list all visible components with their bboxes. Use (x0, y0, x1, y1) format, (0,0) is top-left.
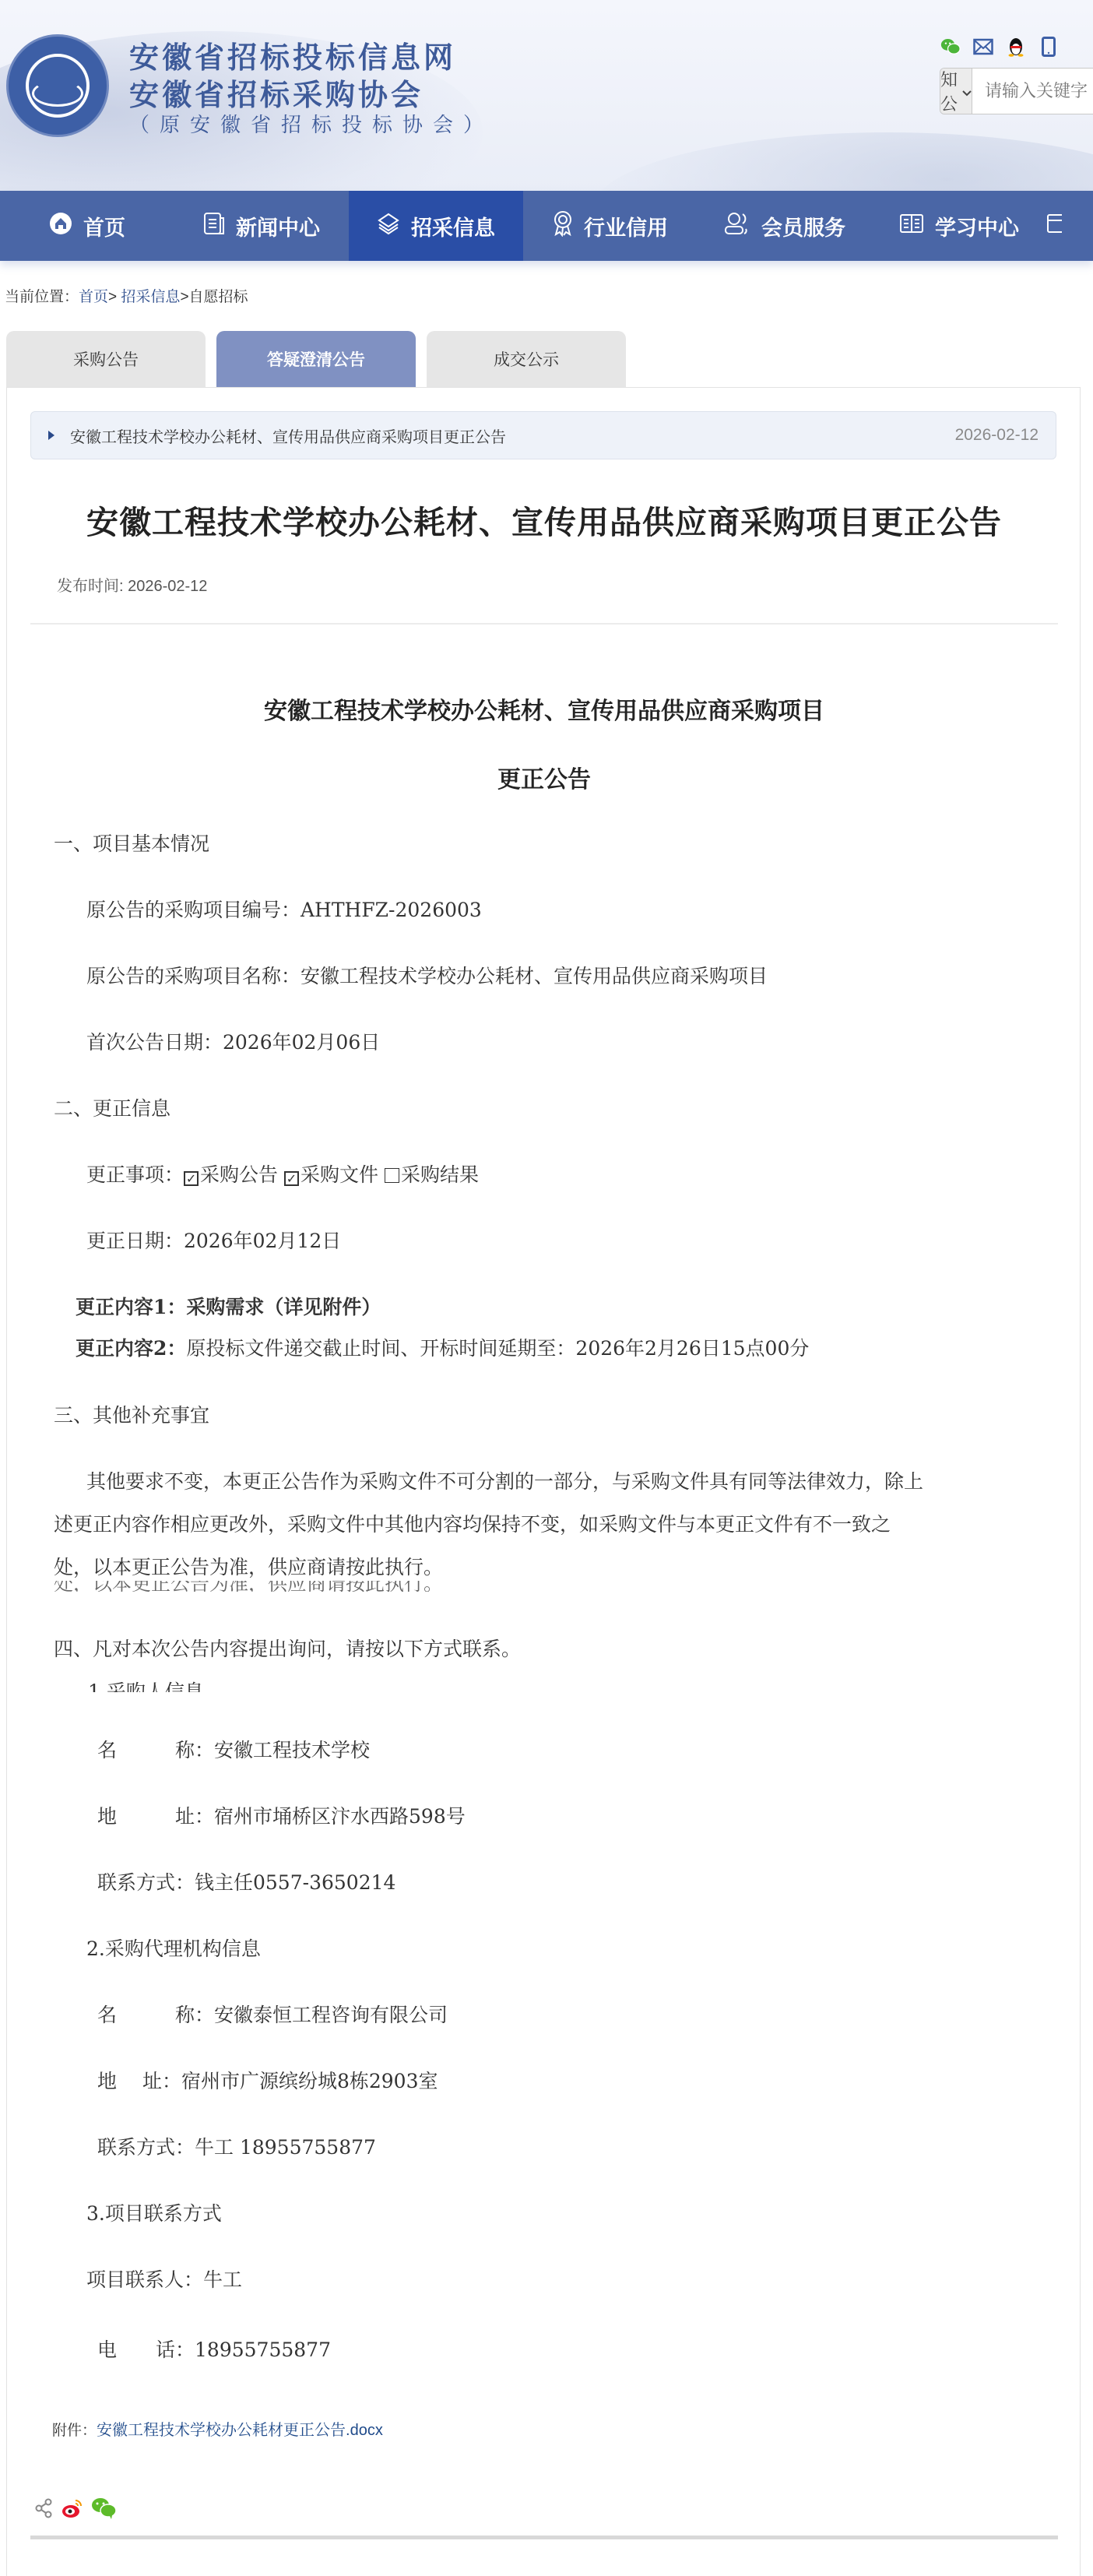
doc-title-line-2: 更正公告 (7, 760, 1081, 794)
checkbox-checked: ✓ (184, 1171, 199, 1186)
project-number: 原公告的采购项目编号：AHTHFZ-2026003 (86, 895, 482, 923)
logo-eye (32, 80, 83, 107)
section-1-heading: 一、项目基本情况 (54, 829, 209, 857)
calendar-icon (1046, 213, 1062, 240)
breadcrumb-sep: > (108, 289, 117, 305)
agency-name-value: 安徽泰恒工程咨询有限公司 (214, 2004, 448, 2026)
correction-content-2: 更正内容2：原投标文件递交截止时间、开标时间延期至：2026年2月26日15点0… (76, 1333, 809, 1361)
breadcrumb-home[interactable]: 首页 (79, 289, 108, 305)
breadcrumb: 当前位置：首页> 招采信息>自愿招标 (5, 285, 248, 306)
nav-label: 会员服务 (761, 211, 845, 241)
share-icon[interactable] (35, 2498, 54, 2522)
nav-label: 首页 (83, 211, 125, 241)
mobile-icon[interactable] (1039, 37, 1059, 57)
correction-content-1: 更正内容1：采购需求（详见附件） (76, 1292, 381, 1320)
purchaser-address-value: 宿州市埇桥区汴水西路598号 (214, 1805, 466, 1828)
nav-item-news[interactable]: 新闻中心 (174, 191, 349, 261)
weibo-icon[interactable] (62, 2498, 83, 2522)
nav-item-members[interactable]: 会员服务 (698, 191, 872, 261)
purchaser-contact: 联系方式：钱主任0557-3650214 (97, 1867, 395, 1895)
search-category-select[interactable]: 通知公告 (940, 69, 972, 114)
project-contact-phone: 电 话：18955755877 (97, 2335, 331, 2363)
divider (30, 623, 1058, 625)
supplement-paragraph-line-2: 述更正内容作相应更改外，采购文件中其他内容均保持不变，如采购文件与本更正文件有不… (54, 1509, 891, 1537)
purchaser-name-value: 安徽工程技术学校 (214, 1739, 370, 1761)
section-4-heading: 四、凡对本次公告内容提出询问，请按以下方式联系。 (54, 1634, 521, 1662)
nav-item-learning[interactable]: 学习中心 (872, 191, 1046, 261)
association-logo[interactable] (6, 34, 109, 137)
contact-3-heading: 3.项目联系方式 (86, 2198, 222, 2226)
nav-item-home[interactable]: 首页 (0, 191, 174, 261)
site-name-primary: 安徽省招标投标信息网 (129, 39, 456, 76)
search-input[interactable] (972, 69, 1093, 114)
attachment: 附件：安徽工程技术学校办公耗材更正公告.docx (52, 2417, 383, 2440)
phone-label: 电 话： (97, 2338, 195, 2361)
checkbox-checked: ✓ (284, 1171, 299, 1186)
category-tabs: 采购公告 答疑澄清公告 成交公示 (6, 331, 626, 387)
supplement-paragraph-line-1: 其他要求不变，本更正公告作为采购文件不可分割的一部分，与采购文件具有同等法律效力… (86, 1466, 923, 1494)
correction-items: 更正事项：✓采购公告 ✓采购文件 采购结果 (86, 1160, 479, 1188)
phone-value: 18955755877 (195, 2338, 331, 2361)
list-item-date: 2026-02-12 (955, 426, 1039, 445)
search-category-value: 通知公告 (940, 68, 958, 114)
correction-items-label: 更正事项： (86, 1163, 184, 1186)
contact-icons (940, 37, 1059, 57)
site-title: 安徽省招标投标信息网 安徽省招标采购协会 (129, 39, 456, 114)
tab-clarification-notice[interactable]: 答疑澄清公告 (216, 331, 416, 387)
first-notice-date: 首次公告日期：2026年02月06日 (86, 1027, 380, 1055)
nav-label: 新闻中心 (236, 211, 320, 241)
correction-content-2-label: 更正内容2： (76, 1337, 186, 1360)
wechat-icon[interactable] (91, 2497, 118, 2524)
correction-item: 采购公告 (200, 1163, 278, 1186)
nav-label: 学习中心 (935, 211, 1019, 241)
section-2-heading: 二、更正信息 (54, 1093, 170, 1121)
site-header: 安徽省招标投标信息网 安徽省招标采购协会 （原安徽省招标投标协会） 通知公告 (0, 0, 1093, 191)
nav-label: 行业信用 (584, 211, 668, 241)
breadcrumb-procurement[interactable]: 招采信息 (121, 289, 180, 305)
checkbox-unchecked (385, 1168, 399, 1183)
attachment-link[interactable]: 安徽工程技术学校办公耗材更正公告.docx (97, 2422, 383, 2439)
qq-icon[interactable] (1006, 37, 1026, 57)
publish-date: 2026-02-12 (128, 578, 207, 595)
agency-contact: 联系方式：牛工 18955755877 (97, 2132, 376, 2160)
home-icon (49, 212, 72, 241)
correction-item: 采购文件 (300, 1163, 378, 1186)
footer-divider (30, 2536, 1058, 2539)
correction-content-1-label: 更正内容1： (76, 1296, 186, 1318)
nav-item-procurement[interactable]: 招采信息 (349, 191, 523, 261)
nav-item-more[interactable] (1046, 191, 1093, 261)
book-icon (899, 213, 924, 240)
layers-icon (377, 212, 400, 241)
correction-item: 采购结果 (401, 1163, 479, 1186)
doc-title-line-1: 安徽工程技术学校办公耗材、宣传用品供应商采购项目 (7, 692, 1081, 726)
purchaser-address-label: 地 址： (97, 1805, 214, 1828)
site-name-secondary: 安徽省招标采购协会 (129, 76, 456, 114)
main-nav: 首页 新闻中心 招采信息 行业信用 会员服务 学习中心 (0, 191, 1093, 261)
section-3-heading: 三、其他补充事宜 (54, 1400, 209, 1428)
attachment-label: 附件： (52, 2423, 97, 2439)
article-title: 安徽工程技术学校办公耗材、宣传用品供应商采购项目更正公告 (7, 497, 1081, 543)
list-item-title: 安徽工程技术学校办公耗材、宣传用品供应商采购项目更正公告 (70, 424, 955, 447)
document-icon (203, 212, 225, 241)
clipped-text-artifact: 处，以本更正公告为准，供应商请按此执行。 (54, 1581, 443, 1592)
content-panel: 安徽工程技术学校办公耗材、宣传用品供应商采购项目更正公告 2026-02-12 … (6, 387, 1081, 2576)
publish-label: 发布时间: (57, 578, 128, 595)
breadcrumb-current: 自愿招标 (189, 289, 248, 305)
breadcrumb-sep: > (180, 289, 188, 305)
project-name: 原公告的采购项目名称：安徽工程技术学校办公耗材、宣传用品供应商采购项目 (86, 961, 768, 989)
purchaser-name: 名 称：安徽工程技术学校 (97, 1735, 370, 1763)
chevron-down-icon (962, 81, 972, 101)
site-subtitle: （原安徽省招标投标协会） (129, 109, 494, 138)
purchaser-name-label: 名 称： (97, 1739, 214, 1761)
project-contact-person: 项目联系人：牛工 (86, 2265, 242, 2293)
breadcrumb-prefix: 当前位置： (5, 289, 79, 305)
agency-name-label: 名 称： (97, 2004, 214, 2026)
award-icon (553, 210, 573, 242)
contact-1-heading: 1.采购人信息 (88, 1677, 204, 1692)
tab-deal-notice[interactable]: 成交公示 (427, 331, 626, 387)
agency-address: 地 址：宿州市广源缤纷城8栋2903室 (97, 2066, 438, 2094)
publish-time: 发布时间: 2026-02-12 (57, 573, 207, 596)
correction-date: 更正日期：2026年02月12日 (86, 1226, 341, 1254)
correction-content-2-text: 原投标文件递交截止时间、开标时间延期至：2026年2月26日15点00分 (186, 1337, 809, 1360)
correction-content-1-text: 采购需求（详见附件） (186, 1296, 381, 1318)
contact-2-heading: 2.采购代理机构信息 (86, 1934, 261, 1962)
nav-item-credit[interactable]: 行业信用 (523, 191, 698, 261)
search-box: 通知公告 (940, 68, 1093, 114)
mail-icon[interactable] (973, 37, 993, 57)
caret-right-icon (48, 431, 54, 440)
users-icon (724, 212, 750, 241)
tab-procurement-notice[interactable]: 采购公告 (6, 331, 206, 387)
supplement-paragraph-line-3: 处，以本更正公告为准，供应商请按此执行。 (54, 1552, 443, 1580)
mountain-decoration (592, 132, 1093, 191)
agency-name: 名 称：安徽泰恒工程咨询有限公司 (97, 2000, 448, 2028)
purchaser-address: 地 址：宿州市埇桥区汴水西路598号 (97, 1801, 466, 1829)
wechat-icon[interactable] (940, 37, 961, 57)
share-bar (35, 2497, 118, 2524)
nav-label: 招采信息 (411, 211, 495, 241)
list-item[interactable]: 安徽工程技术学校办公耗材、宣传用品供应商采购项目更正公告 2026-02-12 (30, 411, 1056, 459)
